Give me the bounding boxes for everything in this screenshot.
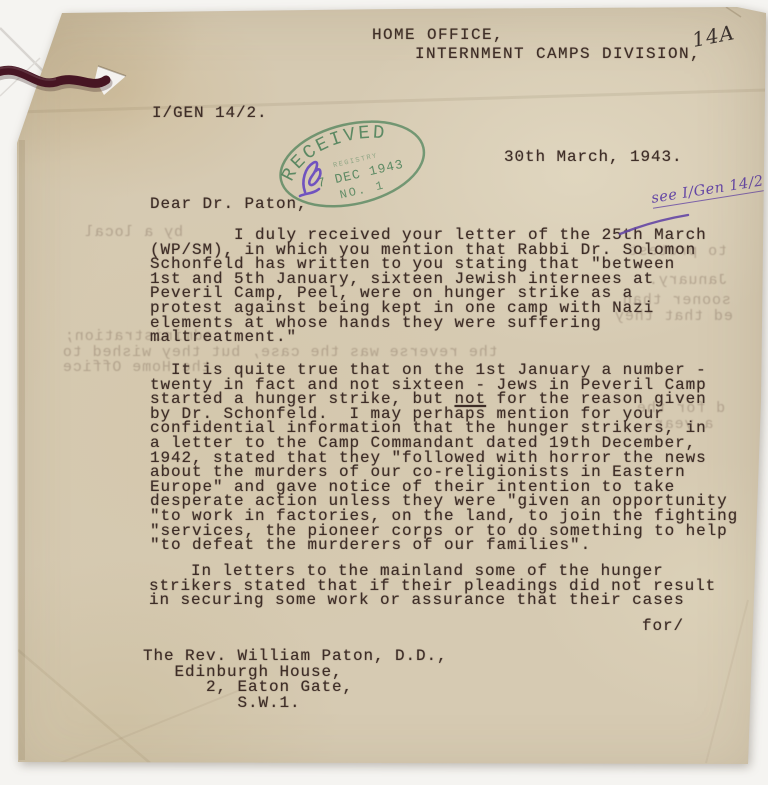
continuation-mark: for/ [642,619,684,634]
reference-number: I/GEN 14/2. [152,106,268,121]
letterhead-division: INTERNMENT CAMPS DIVISION, [415,47,701,62]
paragraph-3: In letters to the mainland some of the h… [149,564,716,608]
letterhead-office: HOME OFFICE, [372,28,504,43]
letter-paper: by a local to protest January. sooner th… [0,0,768,785]
paragraph-2-end: by Dr. Schonfeld. I may perhaps mention … [150,405,738,554]
paragraph-1: I duly received your letter of the 25th … [150,228,707,345]
date-line: 30th March, 1943. [504,150,683,165]
document-scan: by a local to protest January. sooner th… [0,0,768,785]
paragraph-2: It is quite true that on the 1st January… [150,363,738,553]
recipient-address: The Rev. William Paton, D.D., Edinburgh … [143,649,448,711]
letter-paper-wrapper: by a local to protest January. sooner th… [0,0,768,785]
salutation: Dear Dr. Paton, [150,197,308,212]
paragraph-2-start: It is quite true that on the 1st January… [150,361,707,394]
